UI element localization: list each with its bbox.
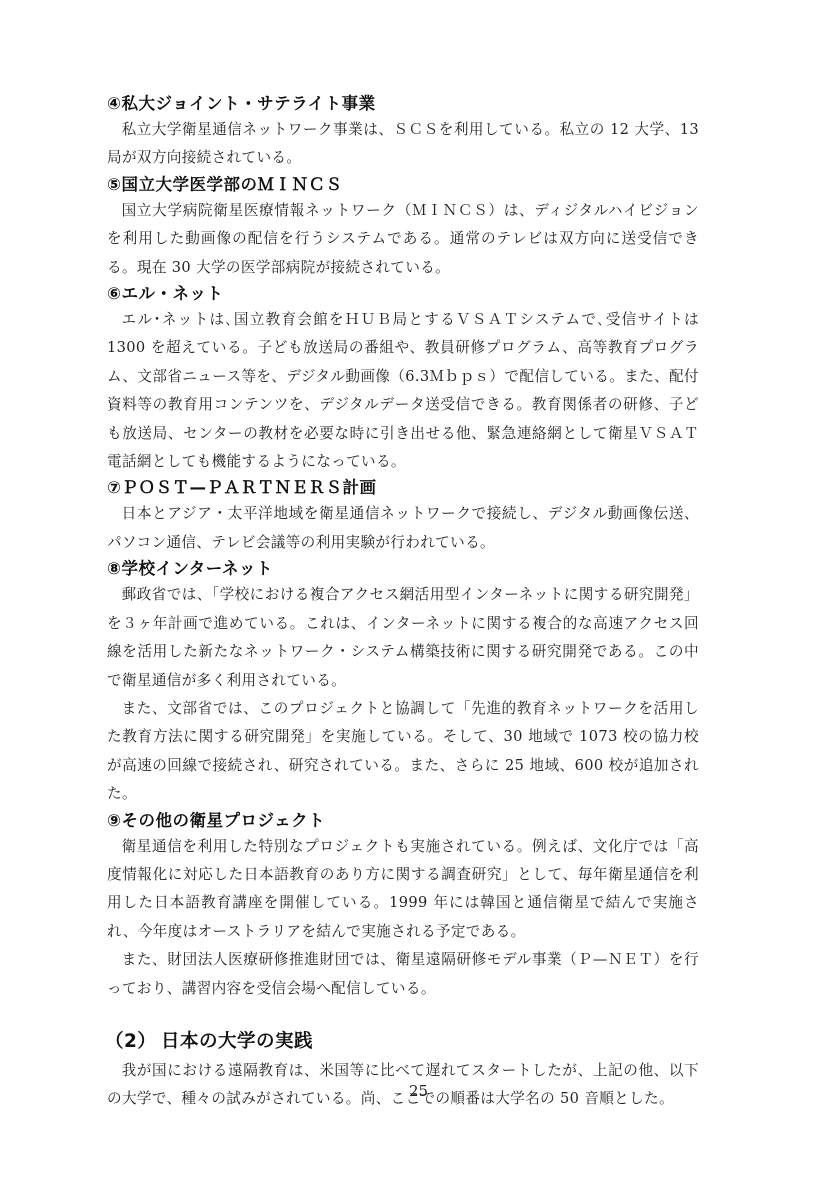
paragraph: 国立大学病院衛星医療情報ネットワーク（ＭＩＮＣＳ）は、ディジタルハイビジョンを利… bbox=[107, 197, 699, 282]
section-4: ④私大ジョイント・サテライト事業 私立大学衛星通信ネットワーク事業は、ＳＣＳを利… bbox=[107, 92, 699, 173]
paragraph: 日本とアジア・太平洋地域を衛星通信ネットワークで接続し、デジタル動画像伝送、パソ… bbox=[107, 500, 699, 557]
section-heading: ⑨その他の衛星プロジェクト bbox=[107, 809, 699, 833]
chapter-heading: （2）日本の大学の実践 bbox=[105, 1029, 699, 1055]
section-6: ⑥エル・ネット エル･ネットは､国立教育会館をＨＵＢ局とするＶＳＡＴシステムで､… bbox=[107, 282, 699, 476]
paragraph: エル･ネットは､国立教育会館をＨＵＢ局とするＶＳＡＴシステムで､受信サイトは 1… bbox=[107, 306, 699, 476]
section-7: ⑦ＰＯＳＴ—ＰＡＲＴＮＥＲＳ計画 日本とアジア・太平洋地域を衛星通信ネットワーク… bbox=[107, 476, 699, 557]
paragraph: 衛星通信を利用した特別なプロジェクトも実施されている。例えば、文化庁では「高度情… bbox=[107, 833, 699, 947]
section-5: ⑤国立大学医学部のＭＩＮＣＳ 国立大学病院衛星医療情報ネットワーク（ＭＩＮＣＳ）… bbox=[107, 173, 699, 282]
paragraph: 私立大学衛星通信ネットワーク事業は、ＳＣＳを利用している。私立の 12 大学、1… bbox=[107, 116, 699, 173]
chapter-number: （2） bbox=[105, 1029, 161, 1055]
section-heading: ⑥エル・ネット bbox=[107, 282, 699, 306]
page-number: 25 bbox=[0, 1082, 837, 1100]
paragraph: 郵政省では、「学校における複合アクセス網活用型インターネットに関する研究開発」を… bbox=[107, 581, 699, 695]
section-heading: ⑧学校インターネット bbox=[107, 557, 699, 581]
section-9: ⑨その他の衛星プロジェクト 衛星通信を利用した特別なプロジェクトも実施されている… bbox=[107, 809, 699, 1003]
chapter-title: 日本の大学の実践 bbox=[161, 1031, 313, 1052]
section-heading: ⑦ＰＯＳＴ—ＰＡＲＴＮＥＲＳ計画 bbox=[107, 476, 699, 500]
paragraph: また、文部省では、このプロジェクトと協調して「先進的教育ネットワークを活用した教… bbox=[107, 695, 699, 809]
section-8: ⑧学校インターネット 郵政省では、「学校における複合アクセス網活用型インターネッ… bbox=[107, 557, 699, 808]
paragraph: また、財団法人医療研修推進財団では、衛星遠隔研修モデル事業（Ｐ—ＮＥＴ）を行って… bbox=[107, 946, 699, 1003]
section-heading: ④私大ジョイント・サテライト事業 bbox=[107, 92, 699, 116]
section-heading: ⑤国立大学医学部のＭＩＮＣＳ bbox=[107, 173, 699, 197]
document-page: ④私大ジョイント・サテライト事業 私立大学衛星通信ネットワーク事業は、ＳＣＳを利… bbox=[107, 92, 699, 1114]
